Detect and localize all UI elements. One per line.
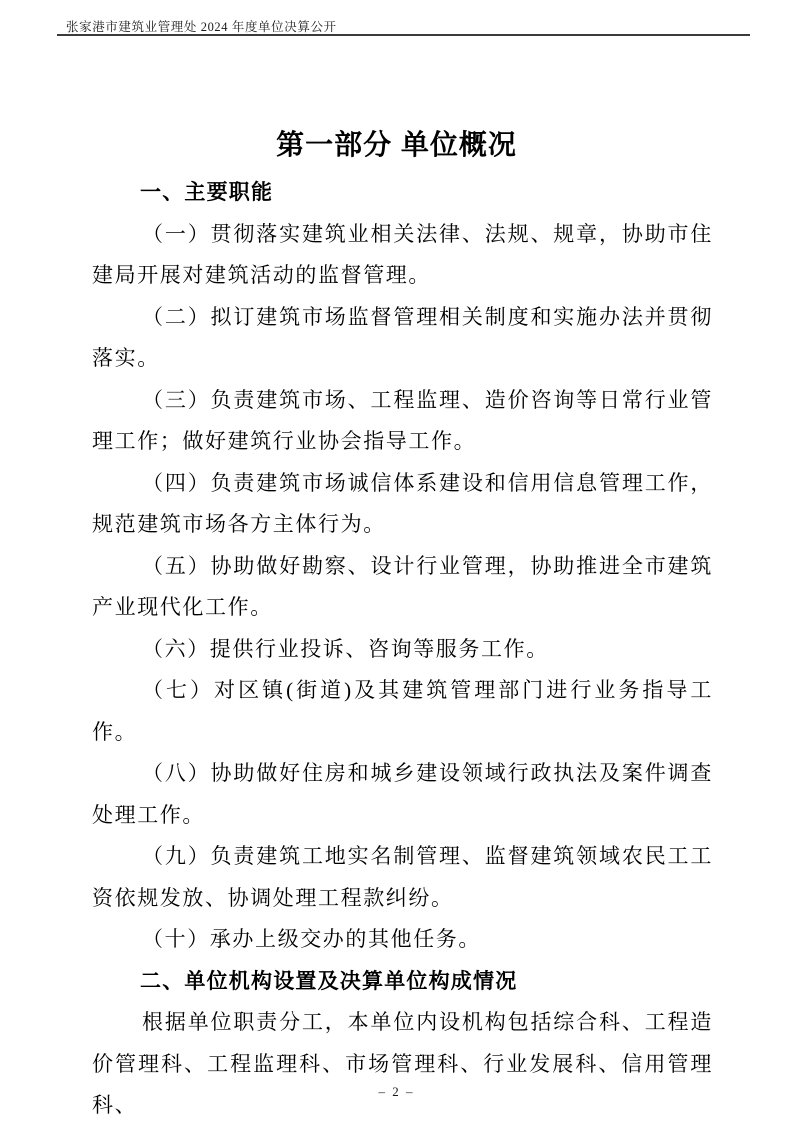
document-body: 一、主要职能 （一）贯彻落实建筑业相关法律、法规、规章，协助市住建局开展对建筑活… bbox=[92, 172, 713, 1122]
paragraph-item-10: （十）承办上级交办的其他任务。 bbox=[92, 919, 713, 961]
page-title: 第一部分 单位概况 bbox=[0, 123, 793, 163]
page-footer: – 2 – bbox=[0, 1084, 793, 1100]
paragraph-item-3: （三）负责建筑市场、工程监理、造价咨询等日常行业管理工作；做好建筑行业协会指导工… bbox=[92, 380, 713, 463]
paragraph-item-9: （九）负责建筑工地实名制管理、监督建筑领域农民工工资依规发放、协调处理工程款纠纷… bbox=[92, 836, 713, 919]
paragraph-item-1: （一）贯彻落实建筑业相关法律、法规、规章，协助市住建局开展对建筑活动的监督管理。 bbox=[92, 214, 713, 297]
paragraph-item-6: （六）提供行业投诉、咨询等服务工作。 bbox=[92, 629, 713, 671]
paragraph-item-5: （五）协助做好勘察、设计行业管理，协助推进全市建筑产业现代化工作。 bbox=[92, 546, 713, 629]
section-heading-main-functions: 一、主要职能 bbox=[92, 172, 713, 214]
paragraph-item-2: （二）拟订建筑市场监督管理相关制度和实施办法并贯彻落实。 bbox=[92, 297, 713, 380]
page-number: – 2 – bbox=[379, 1084, 415, 1099]
section-heading-org-structure: 二、单位机构设置及决算单位构成情况 bbox=[92, 961, 713, 1003]
running-header: 张家港市建筑业管理处 2024 年度单位决算公开 bbox=[66, 17, 337, 35]
paragraph-item-4: （四）负责建筑市场诚信体系建设和信用信息管理工作，规范建筑市场各方主体行为。 bbox=[92, 463, 713, 546]
paragraph-item-8: （八）协助做好住房和城乡建设领域行政执法及案件调查处理工作。 bbox=[92, 753, 713, 836]
paragraph-org-structure-intro: 根据单位职责分工，本单位内设机构包括综合科、工程造价管理科、工程监理科、市场管理… bbox=[92, 1002, 713, 1122]
running-header-text: 张家港市建筑业管理处 2024 年度单位决算公开 bbox=[66, 20, 337, 34]
document-page: 张家港市建筑业管理处 2024 年度单位决算公开 第一部分 单位概况 一、主要职… bbox=[0, 0, 793, 1122]
paragraph-item-7: （七）对区镇(街道)及其建筑管理部门进行业务指导工作。 bbox=[92, 670, 713, 753]
header-rule-divider bbox=[57, 34, 750, 36]
